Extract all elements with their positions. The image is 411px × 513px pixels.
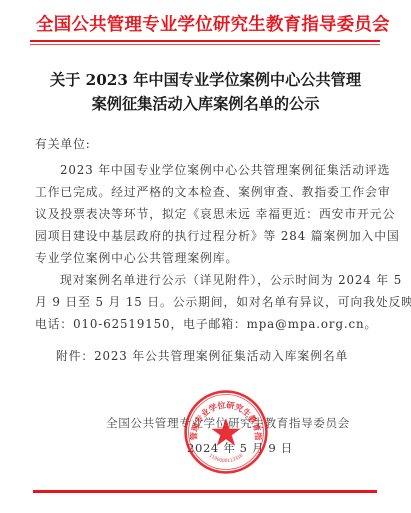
paragraph-line: 工作已完成。经过严格的文本检查、案例审查、教指委工作会审 — [35, 181, 380, 203]
svg-text:1100000113316: 1100000113316 — [208, 453, 245, 465]
seal-number: 1100000113316 — [208, 453, 245, 465]
salutation: 有关单位: — [35, 133, 380, 155]
paragraph-announcement: 2023 年中国专业学位案例中心公共管理案例征集活动评选 工作已完成。经过严格的… — [35, 159, 380, 269]
paragraph-line: 电话：010-62519150，电子邮箱：mpa@mpa.org.cn。 — [35, 313, 380, 335]
document-title: 关于 2023 年中国专业学位案例中心公共管理 案例征集活动入库案例名单的公示 — [20, 68, 391, 116]
paragraph-line: 园项目建设中基层政府的执行过程分析》等 284 篇案例加入中国 — [35, 225, 380, 247]
paragraph-line: 2023 年中国专业学位案例中心公共管理案例征集活动评选 — [35, 159, 380, 181]
letterhead-title: 全国公共管理专业学位研究生教育指导委员会 — [36, 10, 376, 35]
star-icon — [211, 418, 240, 446]
paragraph-line: 现对案例名单进行公示（详见附件），公示时间为 2024 年 5 — [35, 269, 380, 291]
paragraph-line: 月 9 日至 5 月 15 日。公示期间，如对名单有异议，可向我处反映， — [35, 291, 380, 313]
footer-rule — [33, 490, 377, 493]
document-title-line: 关于 2023 年中国专业学位案例中心公共管理 — [20, 68, 391, 92]
official-seal-icon: 全国公共管理专业学位研究生教育指导委员会 1100000113316 — [183, 389, 269, 475]
paragraph-line: 专业学位案例中心公共管理案例库。 — [35, 247, 380, 269]
paragraph-publicity: 现对案例名单进行公示（详见附件），公示时间为 2024 年 5 月 9 日至 5… — [35, 269, 380, 335]
document-page: 全国公共管理专业学位研究生教育指导委员会 关于 2023 年中国专业学位案例中心… — [0, 0, 411, 513]
letterhead-rule-thick — [30, 40, 380, 42]
paragraph-line: 议及投票表决等环节，拟定《哀思未远 幸福更近：西安市开元公 — [35, 203, 380, 225]
document-title-line: 案例征集活动入库案例名单的公示 — [20, 92, 391, 116]
letterhead-rule-thin — [30, 44, 380, 45]
attachment-link[interactable]: 附件：2023 年公共管理案例征集活动入库案例名单 — [56, 345, 401, 367]
